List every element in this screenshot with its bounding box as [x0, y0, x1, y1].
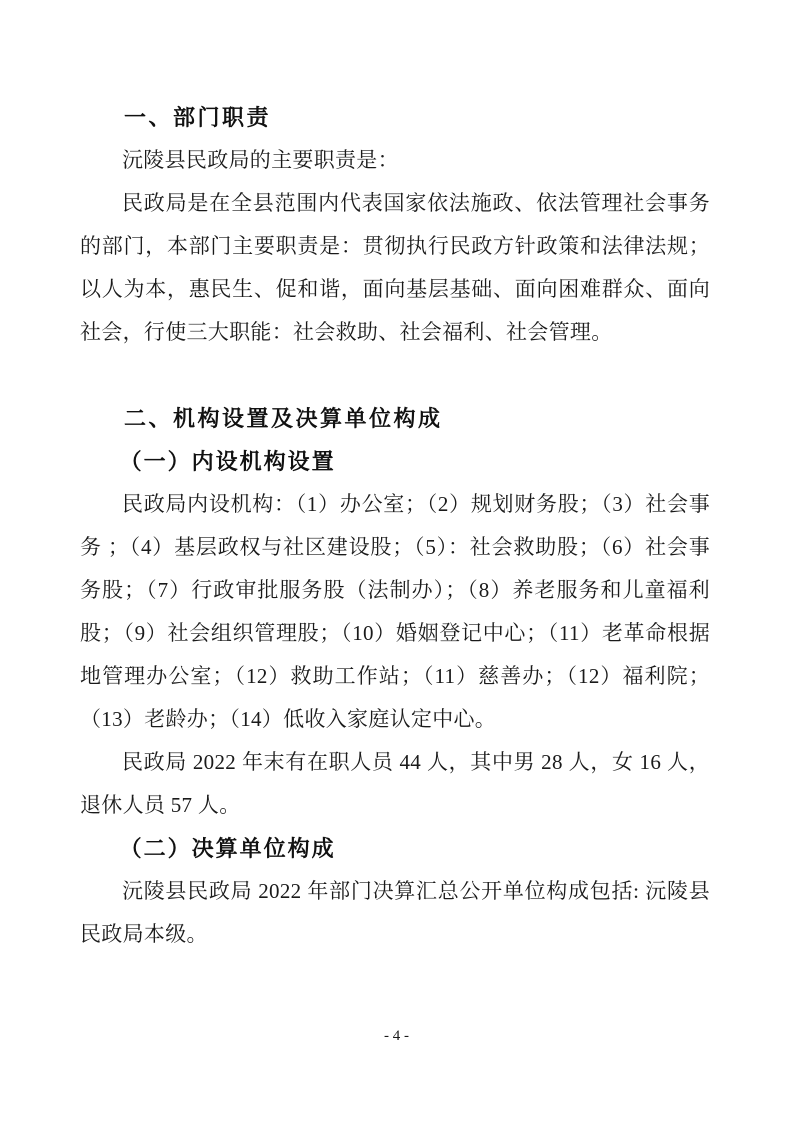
subsection-2-1-heading: （一）内设机构设置: [80, 440, 710, 483]
subsection-2-2-heading: （二）决算单位构成: [80, 827, 710, 870]
section-1-paragraph-intro: 沅陵县民政局的主要职责是：: [80, 139, 710, 182]
section-2-heading: 二、机构设置及决算单位构成: [80, 397, 710, 440]
document-page: 一、部门职责 沅陵县民政局的主要职责是： 民政局是在全县范围内代表国家依法施政、…: [0, 0, 793, 1122]
page-number: - 4 -: [384, 1028, 409, 1044]
section-1-heading: 一、部门职责: [80, 96, 710, 139]
document-content: 一、部门职责 沅陵县民政局的主要职责是： 民政局是在全县范围内代表国家依法施政、…: [80, 96, 710, 956]
section-1-paragraph-duties: 民政局是在全县范围内代表国家依法施政、依法管理社会事务的部门，本部门主要职责是：…: [80, 182, 710, 354]
subsection-2-1-paragraph-org-list: 民政局内设机构：（1）办公室；（2）规划财务股；（3）社会事务 ；（4）基层政权…: [80, 483, 710, 741]
page-footer: - 4 -: [0, 1028, 793, 1045]
subsection-2-1-paragraph-staff: 民政局 2022 年末有在职人员 44 人，其中男 28 人，女 16 人，退休…: [80, 741, 710, 827]
subsection-2-2-paragraph-units: 沅陵县民政局 2022 年部门决算汇总公开单位构成包括: 沅陵县民政局本级。: [80, 870, 710, 956]
